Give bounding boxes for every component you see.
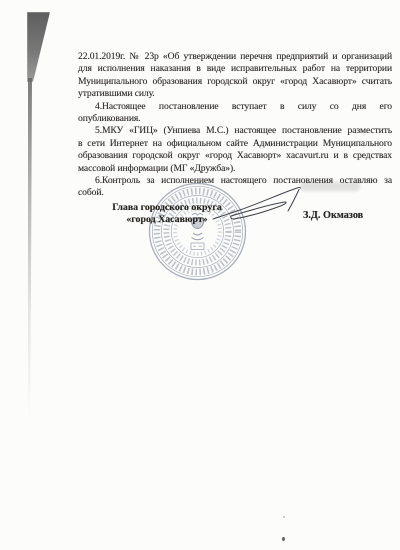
paragraph-3: 5.МКУ «ГИЦ» (Унпиева М.С.) настоящее пос…	[78, 125, 392, 175]
scan-fold-wedge-artifact	[27, 12, 50, 82]
document-line: образования городской округ «город Хасав…	[78, 150, 392, 162]
document-line: 5.МКУ «ГИЦ» (Унпиева М.С.) настоящее пос…	[78, 125, 392, 137]
document-line: утратившими силу.	[78, 88, 392, 100]
signatory-name: З.Д. Окмазов	[303, 210, 363, 221]
scan-speck-artifact	[282, 537, 285, 541]
document-line: опубликования.	[78, 113, 392, 125]
document-line: Муниципального образования городской окр…	[78, 76, 392, 88]
document-line: в сети Интернет на официальном сайте Адм…	[78, 138, 392, 150]
scanned-document-page: 22.01.2019г. № 23р «Об утверждении переч…	[0, 0, 400, 550]
document-line: 22.01.2019г. № 23р «Об утверждении переч…	[78, 51, 392, 63]
document-text: 22.01.2019г. № 23р «Об утверждении переч…	[78, 51, 392, 200]
stamp-center-emblem	[191, 213, 204, 249]
paragraph-2: 4.Настоящее постановление вступает в сил…	[78, 101, 392, 126]
document-line: массовой информации (МГ «Дружба»).	[78, 163, 392, 175]
document-line: для исполнения наказания в виде исправит…	[78, 63, 392, 75]
official-round-stamp-seal	[147, 181, 248, 282]
scan-fold-line-artifact	[28, 78, 32, 438]
document-line: 4.Настоящее постановление вступает в сил…	[78, 101, 392, 113]
scan-speck-artifact	[283, 516, 285, 518]
paragraph-1: 22.01.2019г. № 23р «Об утверждении переч…	[78, 51, 392, 101]
